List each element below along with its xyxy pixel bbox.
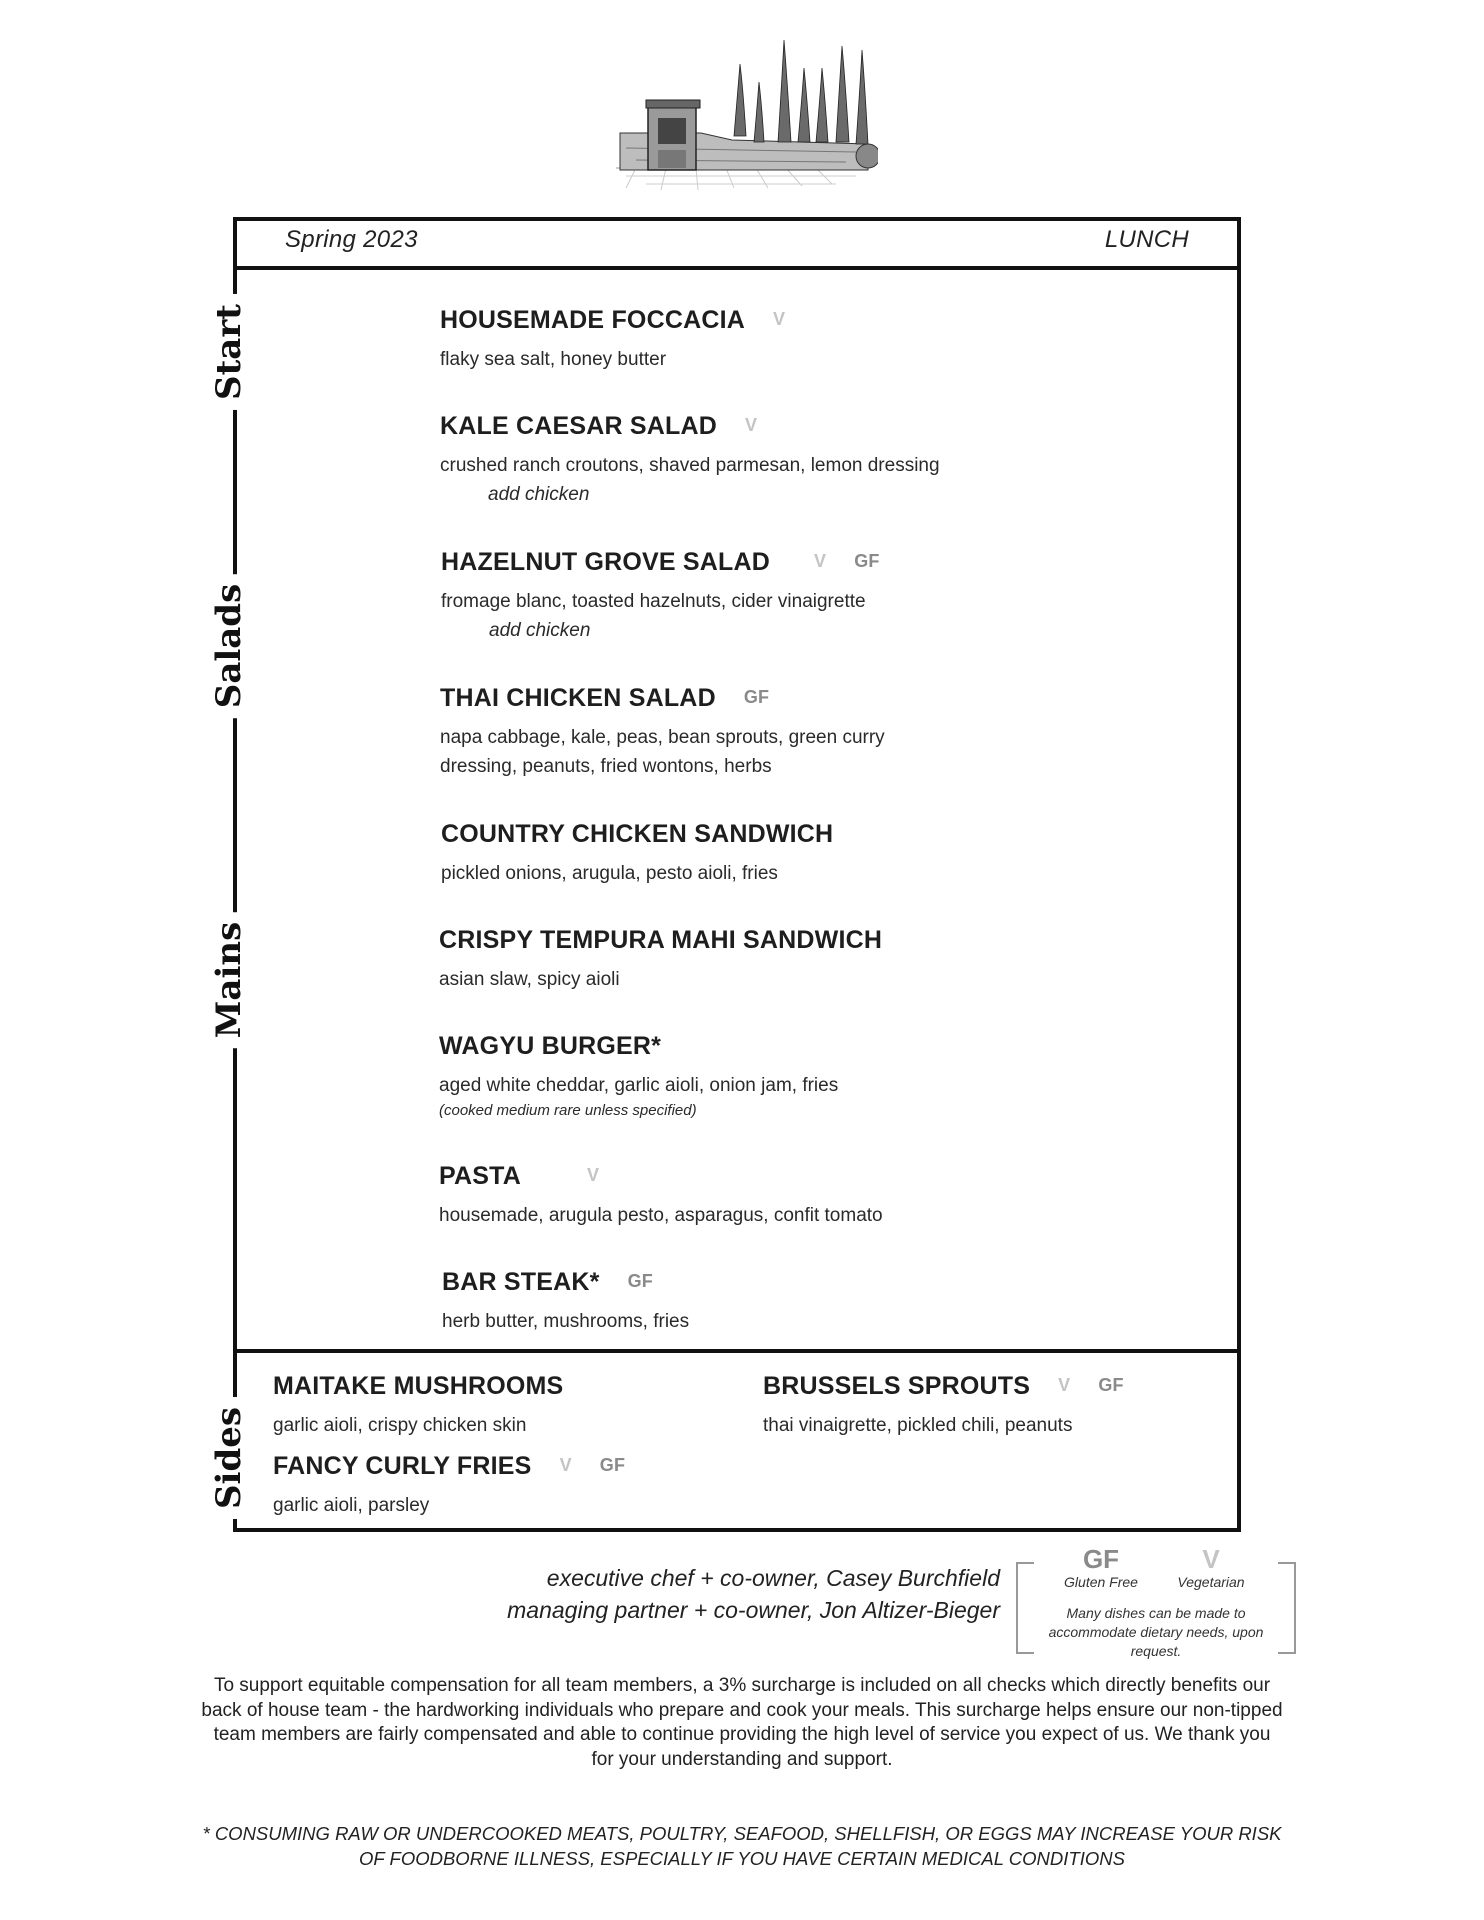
vegetarian-tag: V <box>587 1165 599 1186</box>
item-name: KALE CAESAR SALAD <box>440 412 717 440</box>
season-label: Spring 2023 <box>285 226 418 254</box>
gluten-free-tag: GF <box>744 687 769 708</box>
legend-label-gluten-free: Gluten Free <box>1046 1574 1156 1590</box>
item-name: MAITAKE MUSHROOMS <box>273 1372 563 1401</box>
vegetarian-icon: V <box>1156 1546 1266 1572</box>
item-description: housemade, arugula pesto, asparagus, con… <box>439 1201 883 1230</box>
food-safety-warning: * CONSUMING RAW OR UNDERCOOKED MEATS, PO… <box>200 1822 1284 1871</box>
credit-executive-chef: executive chef + co-owner, Casey Burchfi… <box>420 1562 1000 1594</box>
menu-item: CRISPY TEMPURA MAHI SANDWICH asian slaw,… <box>439 926 882 994</box>
legend-bracket-left <box>1016 1562 1034 1654</box>
side-item: BRUSSELS SPROUTSVGF thai vinaigrette, pi… <box>763 1372 1124 1440</box>
item-name: FANCY CURLY FRIES <box>273 1452 532 1480</box>
item-description: flaky sea salt, honey butter <box>440 345 785 374</box>
item-description-line2: dressing, peanuts, fried wontons, herbs <box>440 752 885 781</box>
side-item: MAITAKE MUSHROOMS garlic aioli, crispy c… <box>273 1372 563 1440</box>
item-name: HOUSEMADE FOCCACIA <box>440 306 745 334</box>
menu-item: THAI CHICKEN SALADGF napa cabbage, kale,… <box>440 684 885 781</box>
item-note: (cooked medium rare unless specified) <box>439 1100 838 1122</box>
menu-item: WAGYU BURGER* aged white cheddar, garlic… <box>439 1032 838 1122</box>
section-label-salads: Salads <box>209 574 249 718</box>
item-description: pickled onions, arugula, pesto aioli, fr… <box>441 859 833 888</box>
item-description: fromage blanc, toasted hazelnuts, cider … <box>441 587 880 616</box>
credits: executive chef + co-owner, Casey Burchfi… <box>420 1562 1000 1626</box>
side-item: FANCY CURLY FRIESVGF garlic aioli, parsl… <box>273 1452 625 1520</box>
item-description: herb butter, mushrooms, fries <box>442 1307 689 1336</box>
gluten-free-tag: GF <box>628 1271 653 1292</box>
legend-bracket-right <box>1278 1562 1296 1654</box>
legend-key-gluten-free: GF Gluten Free <box>1046 1546 1156 1590</box>
section-label-start: Start <box>209 294 249 410</box>
vegetarian-tag: V <box>1058 1375 1070 1396</box>
gluten-free-tag: GF <box>600 1455 625 1476</box>
item-description: garlic aioli, parsley <box>273 1491 625 1520</box>
item-description: napa cabbage, kale, peas, bean sprouts, … <box>440 723 885 752</box>
item-name: HAZELNUT GROVE SALAD <box>441 548 770 576</box>
item-description: thai vinaigrette, pickled chili, peanuts <box>763 1411 1124 1440</box>
item-name: BAR STEAK* <box>442 1268 600 1296</box>
item-addon: add chicken <box>440 480 940 510</box>
dietary-legend: GF Gluten Free V Vegetarian Many dishes … <box>1016 1546 1296 1654</box>
item-description: aged white cheddar, garlic aioli, onion … <box>439 1071 838 1100</box>
legend-note: Many dishes can be made to accommodate d… <box>1040 1604 1272 1661</box>
item-name: CRISPY TEMPURA MAHI SANDWICH <box>439 926 882 955</box>
gluten-free-icon: GF <box>1046 1546 1156 1572</box>
vegetarian-tag: V <box>745 415 757 436</box>
menu-item: HAZELNUT GROVE SALADVGF fromage blanc, t… <box>441 548 880 646</box>
menu-item: PASTAV housemade, arugula pesto, asparag… <box>439 1162 883 1230</box>
section-label-mains: Mains <box>209 912 249 1048</box>
vegetarian-tag: V <box>773 309 785 330</box>
header-divider <box>233 266 1241 270</box>
section-label-sides: Sides <box>209 1397 249 1519</box>
meal-label: LUNCH <box>1105 226 1189 254</box>
gluten-free-tag: GF <box>854 551 879 572</box>
gluten-free-tag: GF <box>1098 1375 1123 1396</box>
item-description: garlic aioli, crispy chicken skin <box>273 1411 563 1440</box>
surcharge-notice: To support equitable compensation for al… <box>200 1674 1284 1772</box>
menu-item: HOUSEMADE FOCCACIAV flaky sea salt, hone… <box>440 306 785 374</box>
sides-divider <box>233 1349 1241 1353</box>
item-name: WAGYU BURGER* <box>439 1032 838 1061</box>
restaurant-logo <box>606 28 878 196</box>
item-description: asian slaw, spicy aioli <box>439 965 882 994</box>
legend-label-vegetarian: Vegetarian <box>1156 1574 1266 1590</box>
vegetarian-tag: V <box>560 1455 572 1476</box>
item-name: PASTA <box>439 1162 521 1190</box>
legend-key-vegetarian: V Vegetarian <box>1156 1546 1266 1590</box>
vegetarian-tag: V <box>814 551 826 572</box>
credit-managing-partner: managing partner + co-owner, Jon Altizer… <box>420 1594 1000 1626</box>
item-name: COUNTRY CHICKEN SANDWICH <box>441 820 833 849</box>
menu-item: COUNTRY CHICKEN SANDWICH pickled onions,… <box>441 820 833 888</box>
item-name: BRUSSELS SPROUTS <box>763 1372 1030 1400</box>
item-name: THAI CHICKEN SALAD <box>440 684 716 712</box>
item-description: crushed ranch croutons, shaved parmesan,… <box>440 451 940 480</box>
item-addon: add chicken <box>441 616 880 646</box>
menu-item: KALE CAESAR SALADV crushed ranch crouton… <box>440 412 940 510</box>
menu-item: BAR STEAK*GF herb butter, mushrooms, fri… <box>442 1268 689 1336</box>
estate-wall-cypress-icon <box>606 28 878 196</box>
